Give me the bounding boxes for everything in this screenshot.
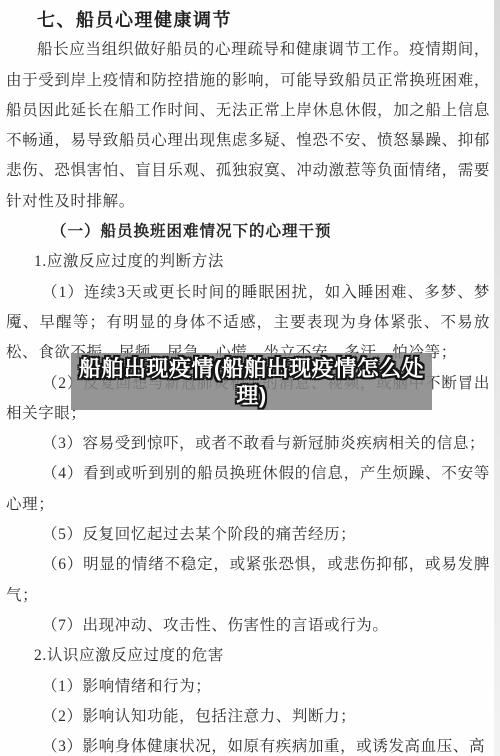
document-page: 七、船员心理健康调节 船长应当组织做好船员的心理疏导和健康调节工作。疫情期间，由… <box>0 0 500 756</box>
list-item: （5）反复回忆起过去某个阶段的痛苦经历； <box>6 520 490 550</box>
subsection-heading: 1.应激反应过度的判断方法 <box>6 247 490 277</box>
page-edge-shadow <box>494 0 500 756</box>
watermark-title-line1: 船舶出现疫情(船舶出现疫情怎么处 <box>79 355 424 382</box>
body-paragraph: 船长应当组织做好船员的心理疏导和健康调节工作。疫情期间，由于受到岸上疫情和防控措… <box>6 35 490 217</box>
list-item: （6）明显的情绪不稳定，或紧张恐惧，或悲伤抑郁，或易发脾气； <box>6 550 490 611</box>
list-item: （1）影响情绪和行为； <box>6 672 490 702</box>
watermark-overlay: 船舶出现疫情(船舶出现疫情怎么处 理) <box>71 353 432 410</box>
list-item: （7）出现冲动、攻击性、伤害性的言语或行为。 <box>6 611 490 641</box>
subsection-heading: 2.认识应激反应过度的危害 <box>6 641 490 671</box>
list-item: （3）容易受到惊吓，或者不敢看与新冠肺炎疾病相关的信息； <box>6 429 490 459</box>
watermark-title-line2: 理) <box>236 382 266 409</box>
list-item: （2）影响认知功能，包括注意力、判断力； <box>6 702 490 732</box>
page-title: 七、船员心理健康调节 <box>37 5 490 35</box>
list-item: （3）影响身体健康状况，如原有疾病加重，或诱发高血压、高 <box>6 732 490 756</box>
section-heading: （一）船员换班困难情况下的心理干预 <box>6 217 490 247</box>
list-item: （4）看到或听到别的船员换班休假的信息，产生烦躁、不安等心理； <box>6 459 490 520</box>
